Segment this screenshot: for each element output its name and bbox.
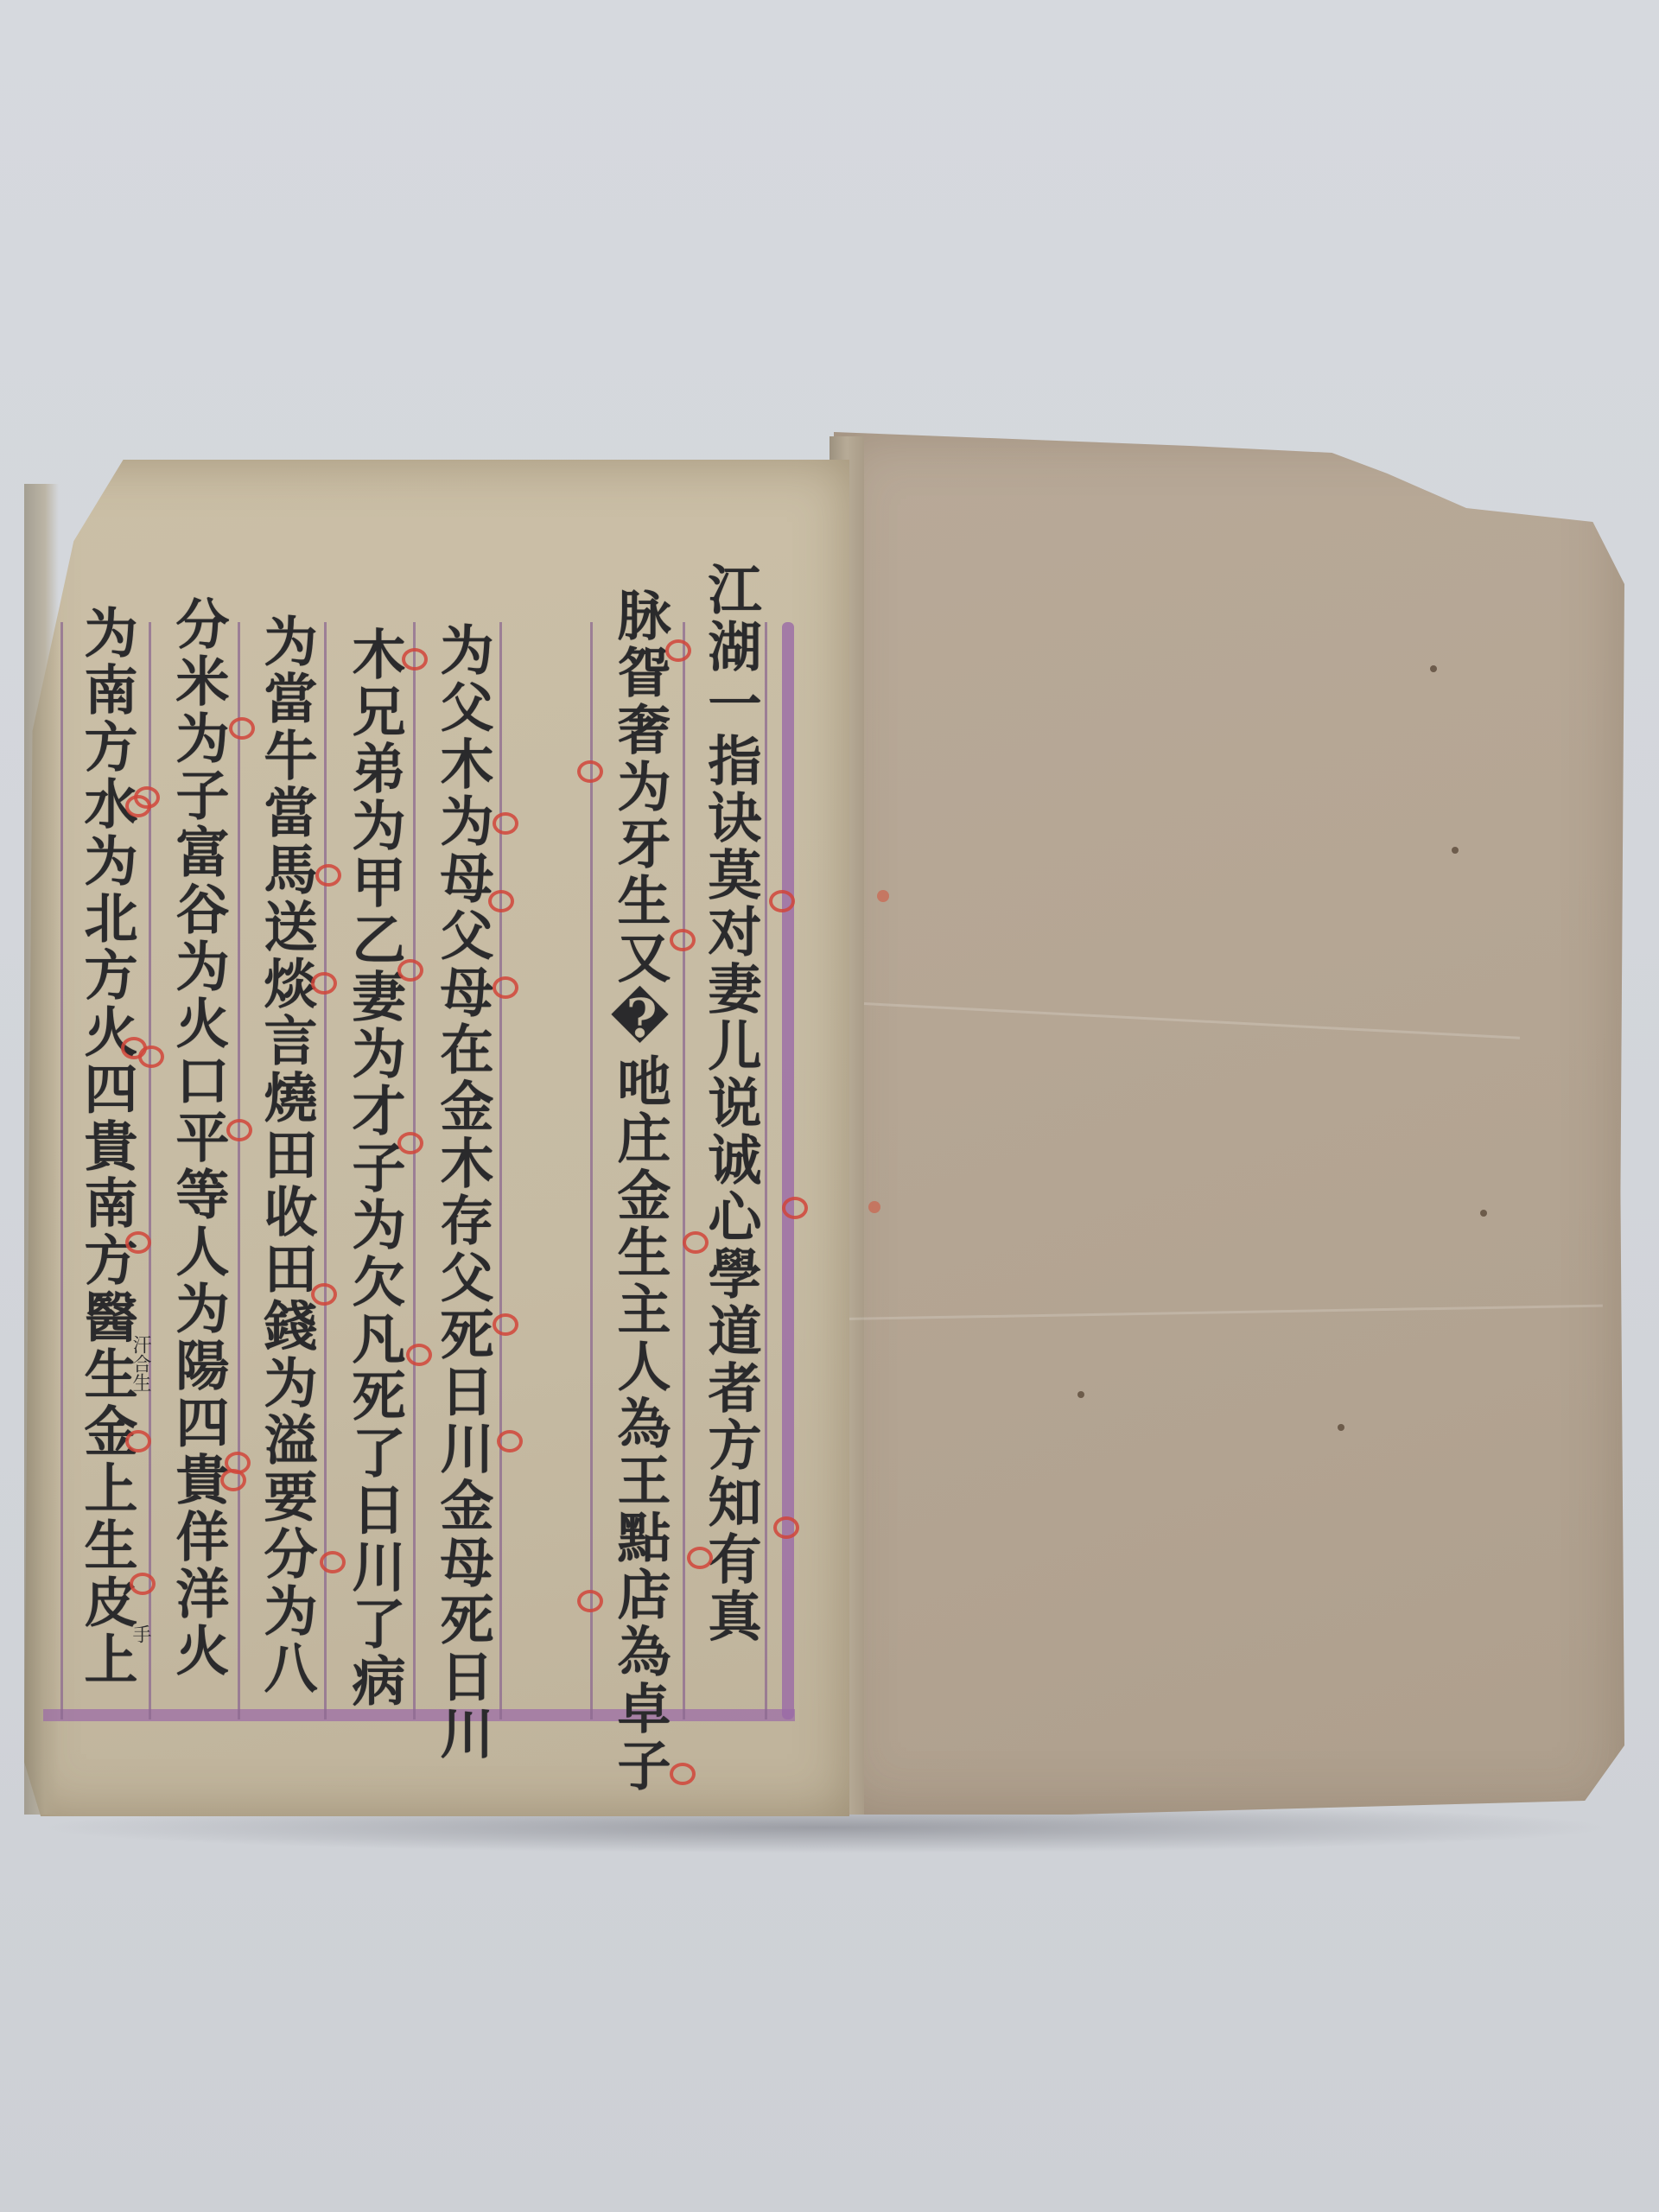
red-punctuation-mark bbox=[577, 760, 603, 783]
red-punctuation-mark bbox=[311, 1283, 337, 1306]
ink-stain bbox=[877, 890, 889, 902]
column-rule bbox=[683, 622, 685, 1719]
red-punctuation-mark bbox=[687, 1547, 713, 1569]
text-column-8: 为南方水为北方火四貴南方醫生金上生皮上 bbox=[67, 605, 145, 1688]
annotation-note: 汗合生 bbox=[130, 1335, 150, 1392]
paper-speck bbox=[1480, 1210, 1487, 1217]
ink-stain bbox=[868, 1201, 880, 1213]
red-punctuation-mark bbox=[121, 1037, 147, 1059]
red-punctuation-mark bbox=[577, 1590, 603, 1612]
red-punctuation-mark bbox=[397, 959, 423, 982]
red-punctuation-mark bbox=[769, 890, 795, 912]
red-punctuation-mark bbox=[773, 1516, 799, 1539]
red-punctuation-mark bbox=[493, 976, 518, 999]
frame-border-right bbox=[782, 622, 794, 1719]
red-punctuation-mark bbox=[397, 1132, 423, 1154]
red-punctuation-mark bbox=[229, 717, 255, 740]
paper-speck bbox=[1338, 1424, 1344, 1431]
text-column-4: 为父木为母父母在金木存父死日川金母死日川 bbox=[423, 622, 501, 1763]
annotation-note: 手 bbox=[130, 1624, 150, 1643]
column-rule bbox=[413, 622, 416, 1719]
text-column-2: 脉眢奢为牙生又�吔庄金生主人為王點店為卓子 bbox=[601, 588, 678, 1795]
red-punctuation-mark bbox=[130, 1573, 156, 1595]
paper-speck bbox=[1430, 665, 1437, 672]
right-blank-page bbox=[834, 432, 1624, 1815]
text-column-5: 木兄弟为甲乙妻为才子为欠凡死了日川了病 bbox=[335, 626, 413, 1710]
red-punctuation-mark bbox=[406, 1344, 432, 1366]
red-punctuation-mark bbox=[402, 648, 428, 671]
column-rule bbox=[590, 622, 593, 1719]
red-punctuation-mark bbox=[320, 1551, 346, 1573]
red-punctuation-mark bbox=[311, 972, 337, 995]
column-rule bbox=[238, 622, 240, 1719]
red-punctuation-mark bbox=[125, 1430, 151, 1452]
red-punctuation-mark bbox=[220, 1469, 246, 1491]
red-punctuation-mark bbox=[493, 1313, 518, 1336]
red-punctuation-mark bbox=[488, 890, 514, 912]
red-punctuation-mark bbox=[493, 812, 518, 835]
red-punctuation-mark bbox=[683, 1231, 709, 1254]
red-punctuation-mark bbox=[782, 1197, 808, 1219]
text-column-7: 分米为子富谷为火口平等人为陽四貴佯洋火 bbox=[159, 596, 237, 1680]
paper-speck bbox=[1452, 847, 1459, 854]
text-column-6: 为當牛當馬送㷋言燒田收田錢为溢要分为八 bbox=[247, 613, 325, 1697]
red-punctuation-mark bbox=[497, 1430, 523, 1452]
red-punctuation-mark bbox=[226, 1119, 252, 1141]
red-punctuation-mark bbox=[315, 864, 341, 887]
red-punctuation-mark bbox=[670, 929, 696, 951]
column-rule bbox=[60, 622, 63, 1719]
paper-speck bbox=[1077, 1391, 1084, 1398]
text-column-3: 𡏖为窰子吃飯为剪伞酒为三酉菜为𦬼食金 bbox=[510, 605, 588, 1631]
red-punctuation-mark bbox=[665, 639, 691, 662]
red-punctuation-mark bbox=[125, 795, 151, 817]
red-punctuation-mark bbox=[125, 1231, 151, 1254]
red-punctuation-mark bbox=[670, 1763, 696, 1785]
page-edge bbox=[24, 484, 59, 1815]
text-column-1: 江湖一指诀莫对妻儿说诚心學道者方知有真 bbox=[691, 562, 769, 1645]
